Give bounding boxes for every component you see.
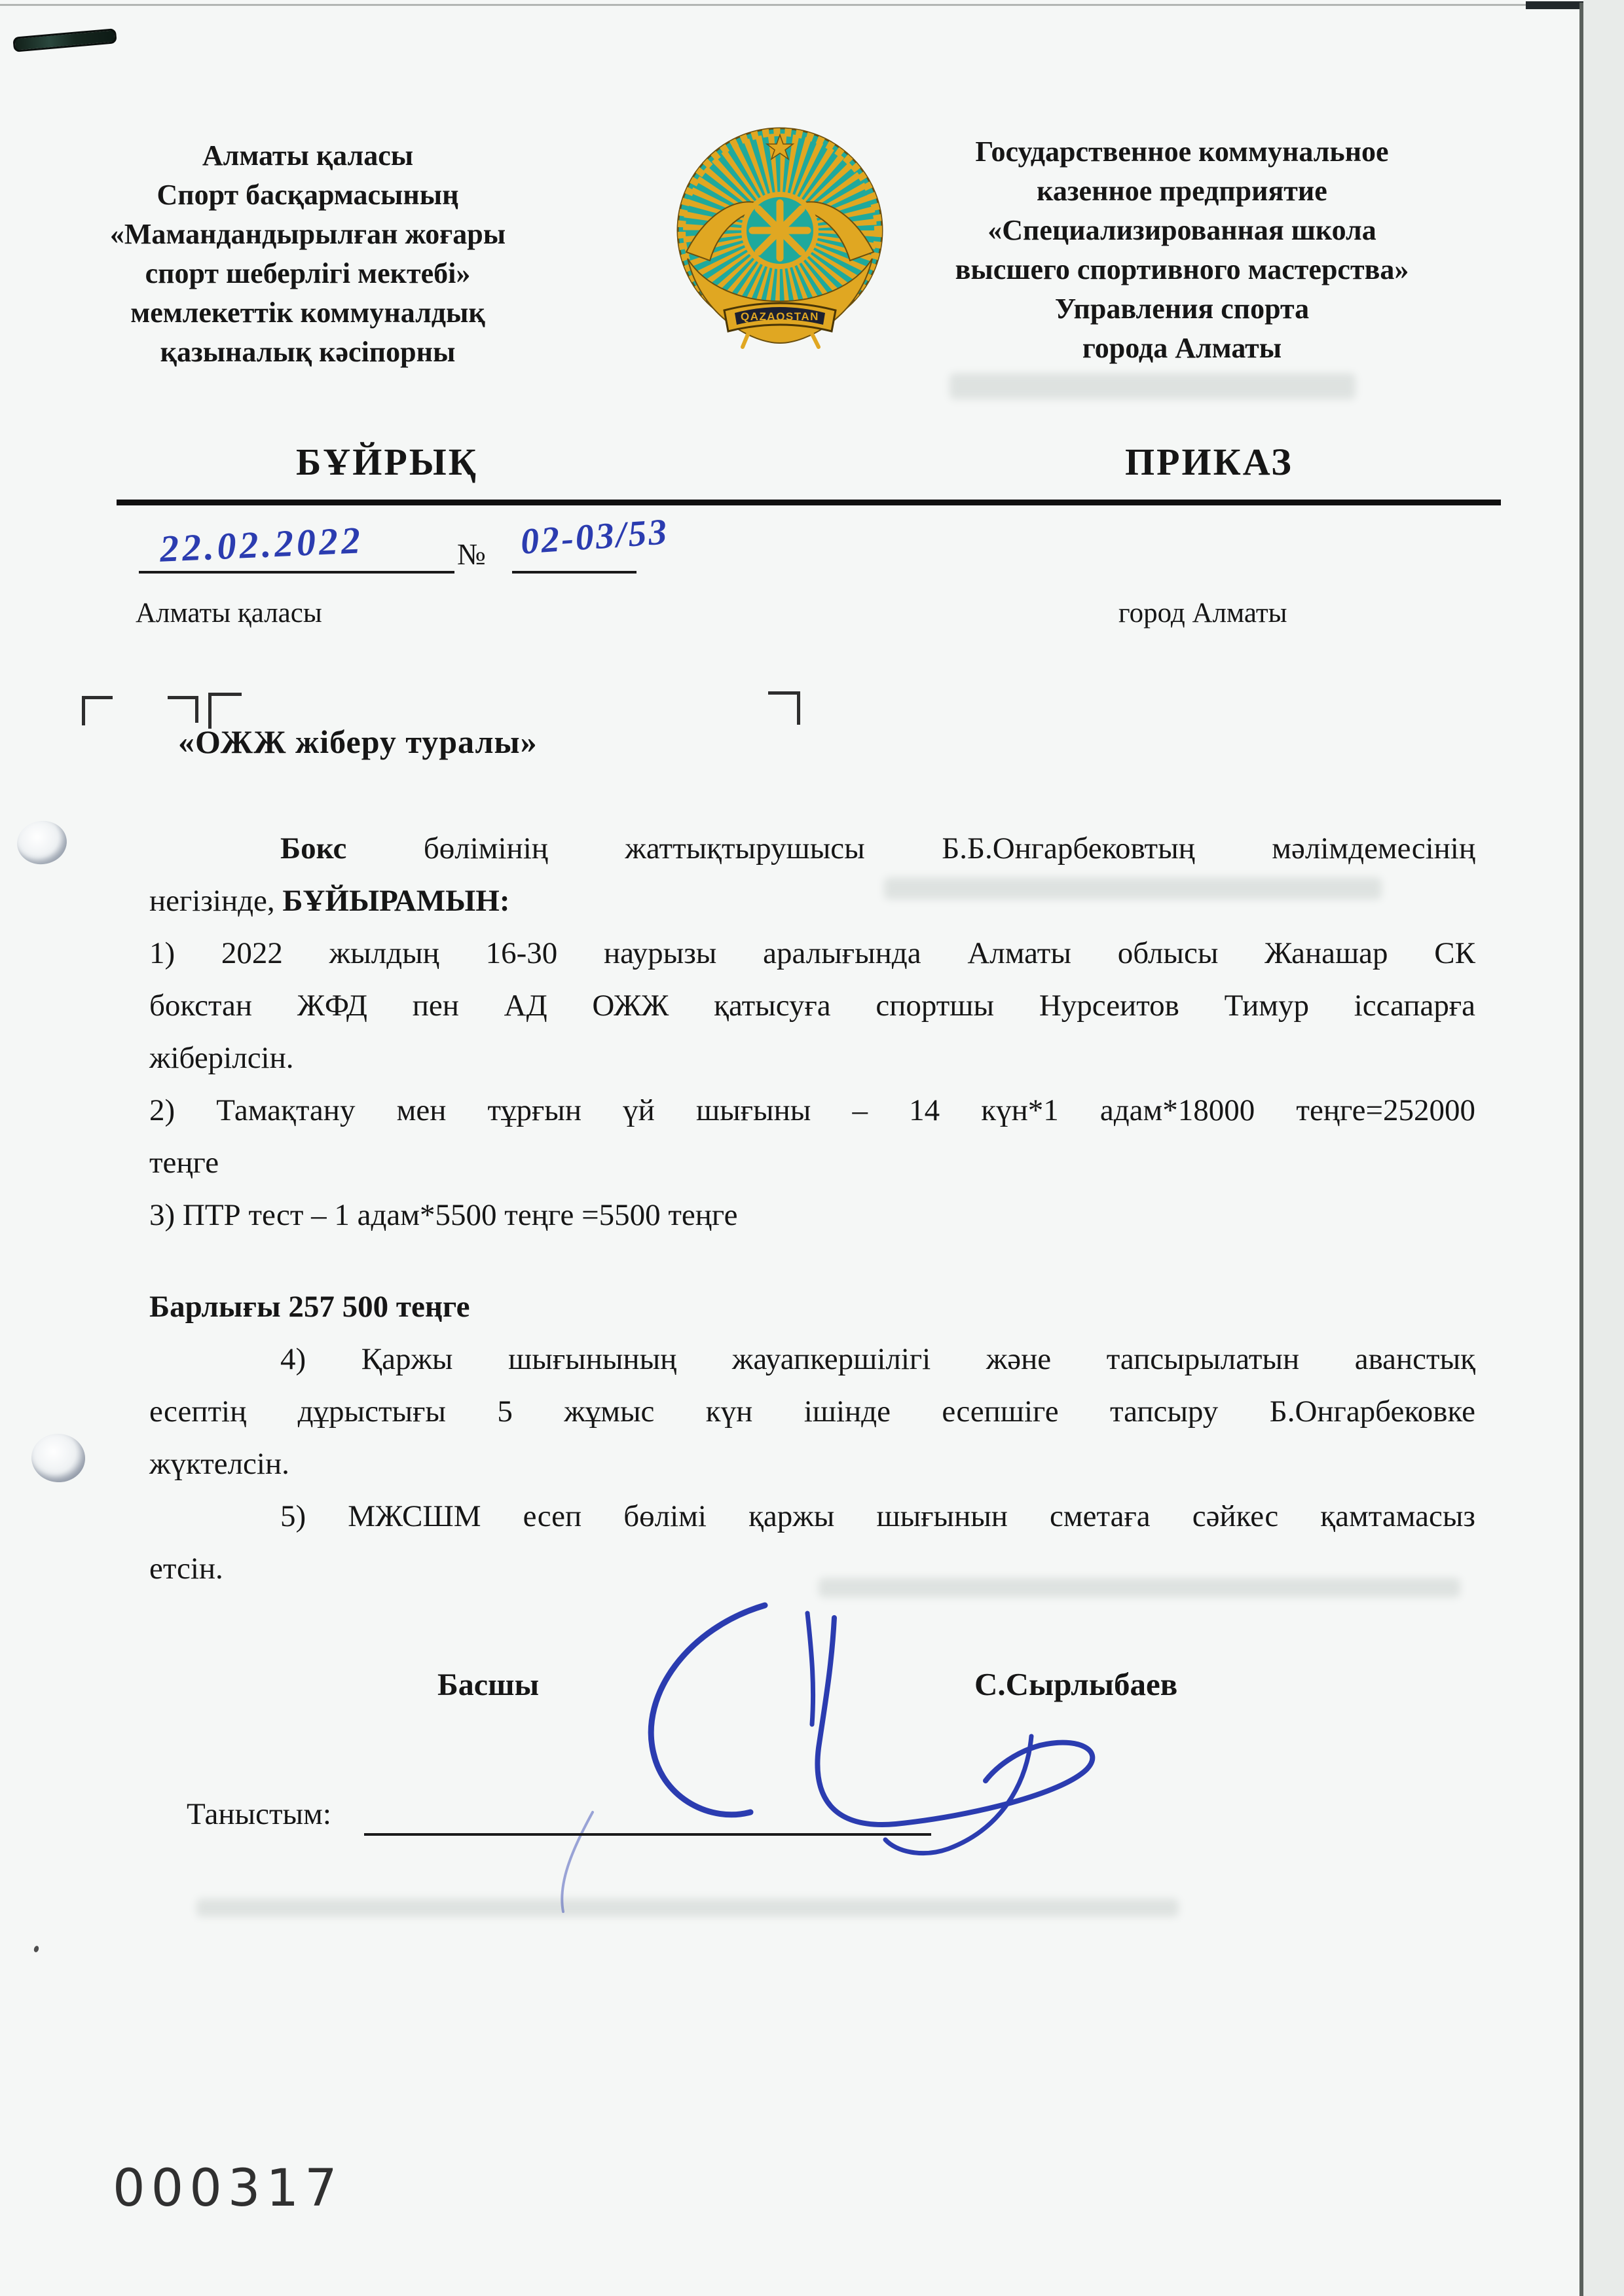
kazakhstan-state-emblem: QAZAQSTAN	[672, 124, 888, 350]
org-line: Спорт басқармасының	[98, 175, 517, 215]
letterhead-org-kazakh: Алматы қаласы Спорт басқармасының «Маман…	[98, 136, 517, 372]
body-text-span: бөлімінің жаттықтырушысы Б.Б.Онгарбековт…	[346, 831, 1475, 866]
scan-top-edge	[0, 4, 1624, 6]
acknowledgement-label: Таныстым:	[187, 1796, 331, 1832]
shanyrak-cross	[752, 203, 807, 258]
org-line: мемлекеттік коммуналдық	[98, 293, 517, 333]
bleed-through-smudge	[196, 1899, 1179, 1917]
handwritten-order-number: 02-03/53	[519, 511, 670, 563]
corner-mark	[82, 696, 113, 725]
order-title-kazakh: БҰЙРЫҚ	[296, 440, 478, 484]
acknowledgement-underline	[364, 1833, 931, 1836]
place-russian: город Алматы	[1118, 597, 1287, 629]
org-line: «Специализированная школа	[891, 211, 1473, 250]
body-line: Бокс бөлімінің жаттықтырушысы Б.Б.Онгарб…	[149, 822, 1475, 875]
scan-right-margin-strip	[1583, 0, 1624, 2296]
marker-streak-artifact	[12, 28, 117, 52]
handwritten-date: 22.02.2022	[159, 518, 365, 571]
org-line: спорт шеберлігі мектебі»	[98, 254, 517, 293]
order-title-russian: ПРИКАЗ	[1125, 440, 1293, 484]
sheet-number-stamp: 000317	[113, 2159, 343, 2218]
place-kazakh: Алматы қаласы	[136, 597, 322, 629]
org-line: казенное предприятие	[891, 172, 1473, 211]
hole-punch-bottom	[30, 1432, 87, 1484]
letterhead-org-russian: Государственное коммунальное казенное пр…	[891, 132, 1473, 368]
order-item-1-line: 1) 2022 жылдың 16-30 наурызы аралығында …	[149, 927, 1475, 979]
org-line: города Алматы	[891, 329, 1473, 368]
emblem-banner-text: QAZAQSTAN	[741, 310, 819, 323]
org-line: Управления спорта	[891, 289, 1473, 329]
corner-mark	[768, 691, 800, 725]
org-line: Алматы қаласы	[98, 136, 517, 175]
order-item-4-line: жүктелсін.	[149, 1438, 1475, 1490]
order-item-5-line: етсін.	[149, 1542, 1475, 1595]
order-subject: «ОЖЖ жіберу туралы»	[178, 723, 538, 761]
order-item-1-line: жіберілсін.	[149, 1032, 1475, 1084]
org-line: қазыналық кәсіпорны	[98, 333, 517, 372]
order-total: Барлығы 257 500 теңге	[149, 1281, 1475, 1333]
ink-dot-artifact	[33, 1945, 40, 1953]
bleed-through-smudge	[950, 373, 1356, 399]
order-item-2-line: теңге	[149, 1137, 1475, 1189]
order-body: Бокс бөлімінің жаттықтырушысы Б.Б.Онгарб…	[149, 822, 1475, 1595]
order-item-4-line: есептің дұрыстығы 5 жұмыс күн ішінде есе…	[149, 1385, 1475, 1438]
body-line: негізінде, БҰЙЫРАМЫН:	[149, 875, 1475, 927]
order-item-5-line: 5) МЖСШМ есеп бөлімі қаржы шығынын смета…	[149, 1490, 1475, 1542]
org-line: «Мамандандырылған жоғары	[98, 215, 517, 254]
order-item-4-line: 4) Қаржы шығынының жауапкершілігі және т…	[149, 1333, 1475, 1385]
body-bold: Бокс	[280, 831, 346, 866]
horizontal-rule	[117, 500, 1501, 505]
body-text-span: негізінде,	[149, 884, 282, 918]
body-bold: БҰЙЫРАМЫН:	[282, 884, 509, 918]
signer-name: С.Сырлыбаев	[974, 1666, 1177, 1703]
corner-mark	[168, 696, 198, 723]
hole-punch-top	[14, 818, 69, 867]
org-line: высшего спортивного мастерства»	[891, 250, 1473, 289]
signer-position-title: Басшы	[437, 1667, 539, 1703]
org-line: Государственное коммунальное	[891, 132, 1473, 172]
order-item-3-line: 3) ПТР тест – 1 адам*5500 теңге =5500 те…	[149, 1189, 1475, 1241]
number-underline	[512, 571, 637, 574]
scanned-order-document: Алматы қаласы Спорт басқармасының «Маман…	[0, 0, 1624, 2296]
date-underline	[139, 571, 454, 574]
order-item-1-line: бокстан ЖФД пен АД ОЖЖ қатысуға спортшы …	[149, 979, 1475, 1032]
order-item-2-line: 2) Тамақтану мен тұрғын үй шығыны – 14 к…	[149, 1084, 1475, 1137]
numero-sign: №	[457, 537, 486, 572]
